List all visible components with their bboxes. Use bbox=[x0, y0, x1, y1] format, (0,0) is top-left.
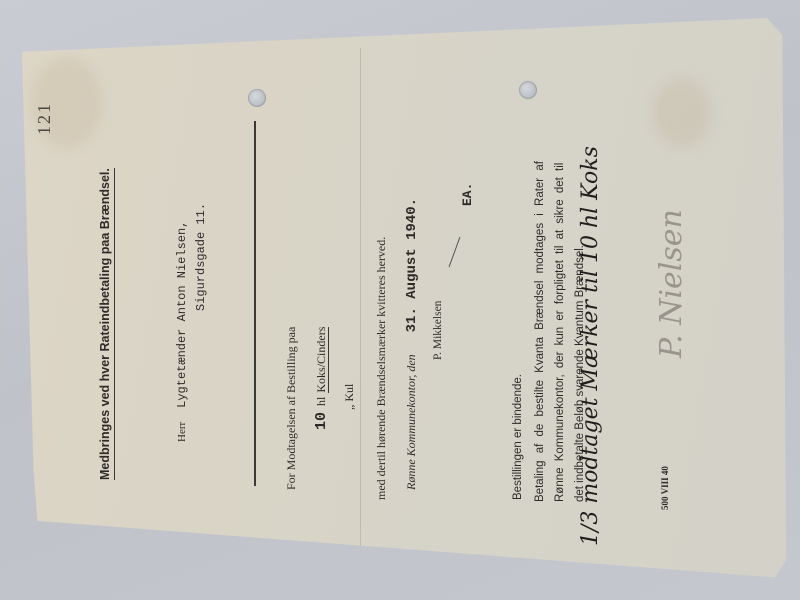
place-label: Rønne Kommunekontor, den bbox=[404, 354, 418, 490]
separator-rule bbox=[254, 121, 256, 486]
initials: EA. bbox=[460, 183, 475, 206]
document-heading: Medbringes ved hver Rateindbetaling paa … bbox=[98, 168, 115, 480]
punch-hole bbox=[248, 89, 266, 107]
recipient-name: Lygtetænder Anton Nielsen, bbox=[175, 221, 189, 408]
recipient-line: HerrLygtetænder Anton Nielsen, bbox=[172, 221, 190, 442]
print-code: 500 VIII 40 bbox=[660, 466, 670, 510]
stain bbox=[652, 78, 712, 148]
order-unit: hl bbox=[314, 397, 328, 406]
fold-crease bbox=[360, 48, 361, 568]
terms-line-1: Bestillingen er bindende. bbox=[512, 374, 524, 500]
order-item-coal: Kul bbox=[342, 384, 356, 402]
punch-hole bbox=[519, 81, 537, 99]
handwritten-note: 1/3 modtaget Mærker til 10 hl Koks bbox=[578, 146, 603, 546]
salutation: Herr bbox=[176, 422, 188, 442]
document-paper: 121 Medbringes ved hver Rateindbetaling … bbox=[22, 18, 790, 583]
slash-mark bbox=[449, 237, 461, 267]
terms-line-3: Rønne Kommunekontor, der kun er forpligt… bbox=[554, 163, 566, 502]
recipient-address: Sigurdsgade 11. bbox=[194, 203, 208, 311]
order-quantity-line: 10hlKoks/Cinders bbox=[312, 327, 330, 430]
order-intro: For Modtagelsen af Bestilling paa bbox=[284, 327, 299, 490]
form-number: 121 bbox=[34, 102, 55, 135]
order-item-coke: Koks/Cinders bbox=[314, 327, 329, 393]
pencil-signature: P. Nielsen bbox=[654, 209, 689, 358]
order-coal-line: „ Kul bbox=[342, 384, 357, 410]
ditto-mark: „ bbox=[342, 405, 356, 410]
place-date-line: Rønne Kommunekontor, den31. August 1940. bbox=[402, 198, 420, 490]
order-quantity: 10 bbox=[313, 412, 330, 430]
signatory: P. Mikkelsen bbox=[432, 301, 444, 360]
receipt-text: med dertil hørende Brændselsmærker kvitt… bbox=[374, 237, 389, 500]
terms-line-2: Betaling af de bestilte Kvanta Brændsel … bbox=[534, 161, 546, 502]
document-date: 31. August 1940. bbox=[404, 198, 420, 332]
